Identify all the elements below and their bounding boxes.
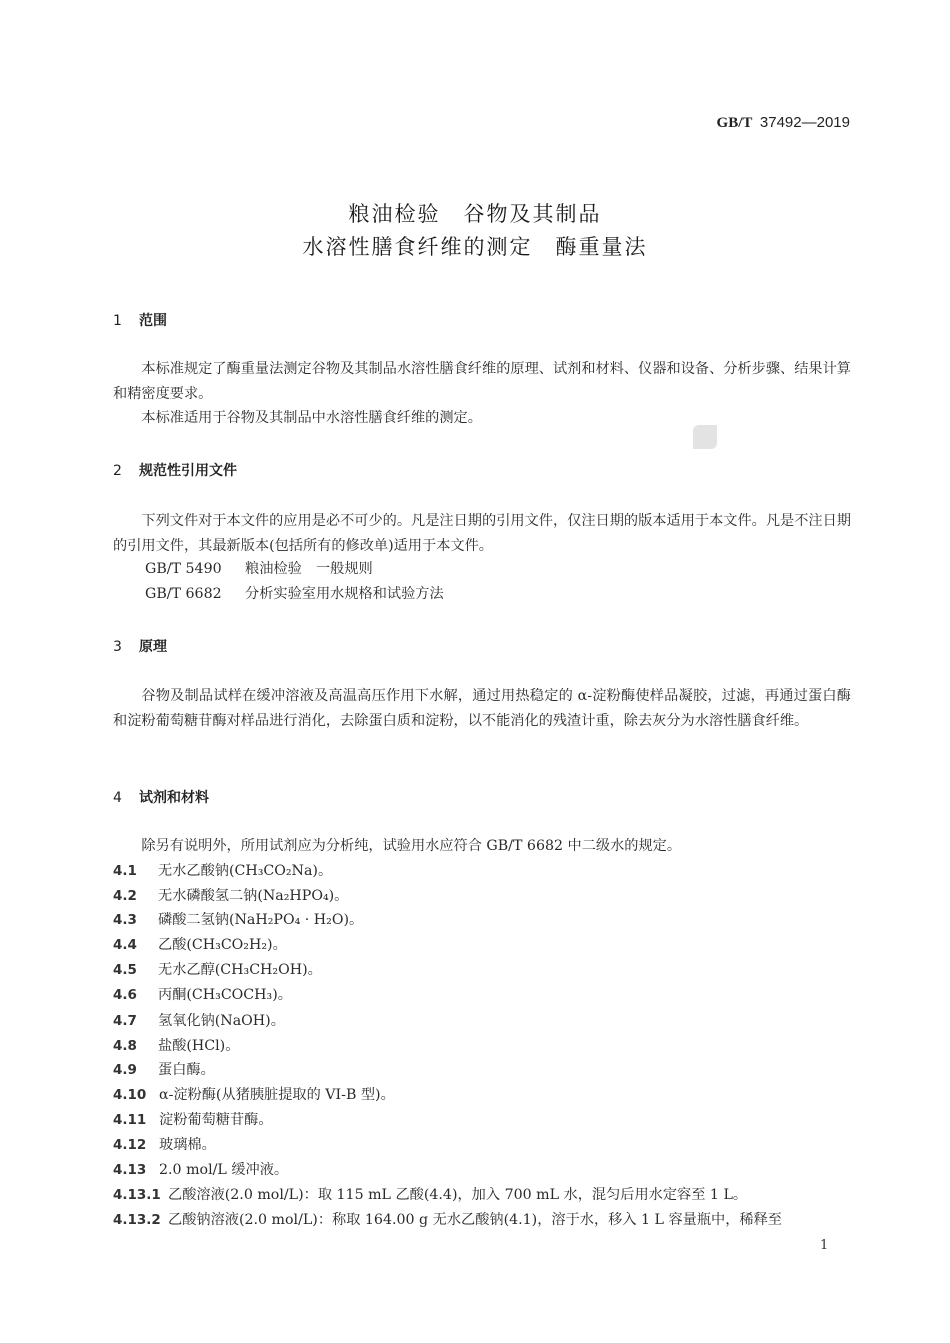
section-heading-principle: 3原理 (113, 636, 167, 656)
paragraph-references: 下列文件对于本文件的应用是必不可少的。凡是注日期的引用文件，仅注日期的版本适用于… (113, 509, 851, 558)
reagent-item: 4.8盐酸(HCl)。 (113, 1035, 239, 1055)
document-title-line1: 粮油检验 谷物及其制品 (0, 198, 950, 228)
paragraph-principle: 谷物及制品试样在缓冲溶液及高温高压作用下水解，通过用热稳定的 α-淀粉酶使样品凝… (113, 684, 851, 733)
reagent-subitem: 4.13.2乙酸钠溶液(2.0 mol/L)：称取 164.00 g 无水乙酸钠… (113, 1209, 782, 1229)
reagent-item: 4.4乙酸(CH₃CO₂H₂)。 (113, 934, 287, 954)
reagent-item: 4.3磷酸二氢钠(NaH₂PO₄ · H₂O)。 (113, 909, 363, 929)
section-heading-scope: 1范围 (113, 310, 167, 330)
document-page: GB/T 37492—2019 粮油检验 谷物及其制品 水溶性膳食纤维的测定 酶… (0, 0, 950, 1343)
section-heading-normative-references: 2规范性引用文件 (113, 460, 237, 480)
reagent-item: 4.6丙酮(CH₃COCH₃)。 (113, 984, 292, 1004)
reagent-item: 4.132.0 mol/L 缓冲液。 (113, 1159, 288, 1179)
reagent-item: 4.7氢氧化钠(NaOH)。 (113, 1010, 285, 1030)
standard-code: GB/T 37492—2019 (717, 114, 850, 132)
reagent-item: 4.11淀粉葡萄糖苷酶。 (113, 1109, 273, 1129)
standard-prefix: GB/T (717, 115, 753, 131)
reagent-item: 4.5无水乙醇(CH₃CH₂OH)。 (113, 959, 322, 979)
paragraph-reagents: 除另有说明外，所用试剂应为分析纯，试验用水应符合 GB/T 6682 中二级水的… (113, 834, 851, 859)
reagent-item: 4.12玻璃棉。 (113, 1134, 216, 1154)
paragraph-scope-2: 本标准适用于谷物及其制品中水溶性膳食纤维的测定。 (113, 406, 851, 431)
reagent-item: 4.1无水乙酸钠(CH₃CO₂Na)。 (113, 860, 332, 880)
reagent-subitem: 4.13.1乙酸溶液(2.0 mol/L)：取 115 mL 乙酸(4.4)，加… (113, 1184, 747, 1204)
page-number: 1 (820, 1238, 828, 1253)
reagent-item: 4.10α-淀粉酶(从猪胰脏提取的 VI-B 型)。 (113, 1084, 395, 1104)
reagent-item: 4.9蛋白酶。 (113, 1059, 215, 1079)
reagent-item: 4.2无水磷酸氢二钠(Na₂HPO₄)。 (113, 885, 348, 905)
page-marker (693, 425, 717, 449)
paragraph-scope-1: 本标准规定了酶重量法测定谷物及其制品水溶性膳食纤维的原理、试剂和材料、仪器和设备… (113, 357, 851, 406)
reference-item: GB/T 6682分析实验室用水规格和试验方法 (145, 583, 444, 603)
standard-number: 37492—2019 (760, 114, 850, 131)
document-title-line2: 水溶性膳食纤维的测定 酶重量法 (0, 231, 950, 261)
section-heading-reagents: 4试剂和材料 (113, 787, 209, 807)
reference-item: GB/T 5490粮油检验 一般规则 (145, 558, 373, 578)
